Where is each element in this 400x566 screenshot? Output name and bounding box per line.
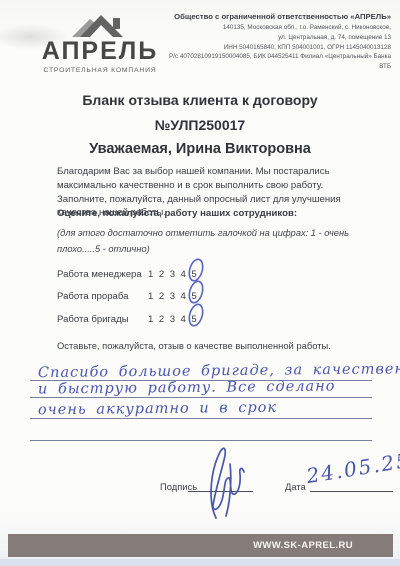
rating-digit: 2	[159, 269, 164, 280]
rating-digit: 1	[148, 314, 153, 325]
rating-row-manager: Работа менеджера 12345	[57, 269, 317, 283]
company-bank-line: Р/с 40702810919150004085, БИК 044525411 …	[169, 52, 391, 72]
contract-number: №УЛП250017	[0, 117, 400, 133]
company-inn-line: ИНН 5040165840, КПП 504001001, ОГРН 1145…	[169, 43, 391, 53]
roof-logo-icon	[71, 8, 129, 38]
rating-row-crew: Работа бригады 12345	[57, 314, 317, 328]
company-tagline: СТРОИТЕЛЬНАЯ КОМПАНИЯ	[30, 67, 170, 74]
review-prompt: Оставьте, пожалуйста, отзыв о качестве в…	[57, 340, 331, 351]
rating-digit-selected: 5	[191, 269, 196, 280]
rating-digit: 4	[181, 314, 186, 325]
rate-instructions-line1: (для этого достаточно отметить галочкой …	[57, 228, 349, 238]
rating-label: Работа бригады	[57, 314, 147, 325]
review-line	[30, 416, 372, 441]
client-salutation: Уважаемая, Ирина Викторовна	[0, 141, 400, 157]
rating-label: Работа прораба	[57, 291, 147, 302]
rating-scale: 12345	[148, 291, 202, 302]
company-address-line1: 140135, Московская обл., г.о. Раменский,…	[169, 23, 391, 33]
rating-label: Работа менеджера	[57, 269, 147, 280]
rating-digit: 4	[181, 291, 186, 302]
rate-instructions: (для этого достаточно отметить галочкой …	[57, 226, 367, 258]
rating-digit-selected: 5	[191, 291, 196, 302]
rating-digit: 2	[159, 291, 164, 302]
rating-digit-selected: 5	[191, 314, 196, 325]
rating-scale: 12345	[148, 314, 202, 325]
rating-digit: 1	[148, 291, 153, 302]
company-logo: АПРЕЛЬ СТРОИТЕЛЬНАЯ КОМПАНИЯ	[30, 8, 170, 74]
footer-bar: WWW.SK-APREL.RU	[8, 534, 393, 557]
company-name: АПРЕЛЬ	[30, 39, 170, 64]
rating-digit: 3	[170, 314, 175, 325]
website-label: WWW.SK-APREL.RU	[253, 540, 353, 551]
signature-scribble-icon	[186, 444, 266, 522]
rating-row-foreman: Работа прораба 12345	[57, 291, 317, 305]
rating-digit: 1	[148, 269, 153, 280]
rating-scale: 12345	[148, 269, 202, 280]
scan-edge	[0, 559, 400, 566]
rating-digit: 2	[159, 314, 164, 325]
rate-prompt: Оцените, пожалуйста, работу наших сотруд…	[57, 208, 297, 219]
rating-digit: 4	[181, 269, 186, 280]
company-details: Общество с ограниченной ответственностью…	[169, 12, 391, 72]
company-legal-name: Общество с ограниченной ответственностью…	[169, 12, 391, 21]
date-label: Дата	[285, 481, 306, 492]
rating-digit: 3	[170, 269, 175, 280]
rating-digit: 3	[170, 291, 175, 302]
company-address-line2: ул. Центральная, д. 74, помещение 13	[169, 33, 391, 43]
form-title: Бланк отзыва клиента к договору	[0, 92, 400, 108]
rate-instructions-line2: плохо.....5 - отлично)	[57, 244, 150, 254]
scanned-feedback-form: АПРЕЛЬ СТРОИТЕЛЬНАЯ КОМПАНИЯ Общество с …	[0, 0, 400, 566]
